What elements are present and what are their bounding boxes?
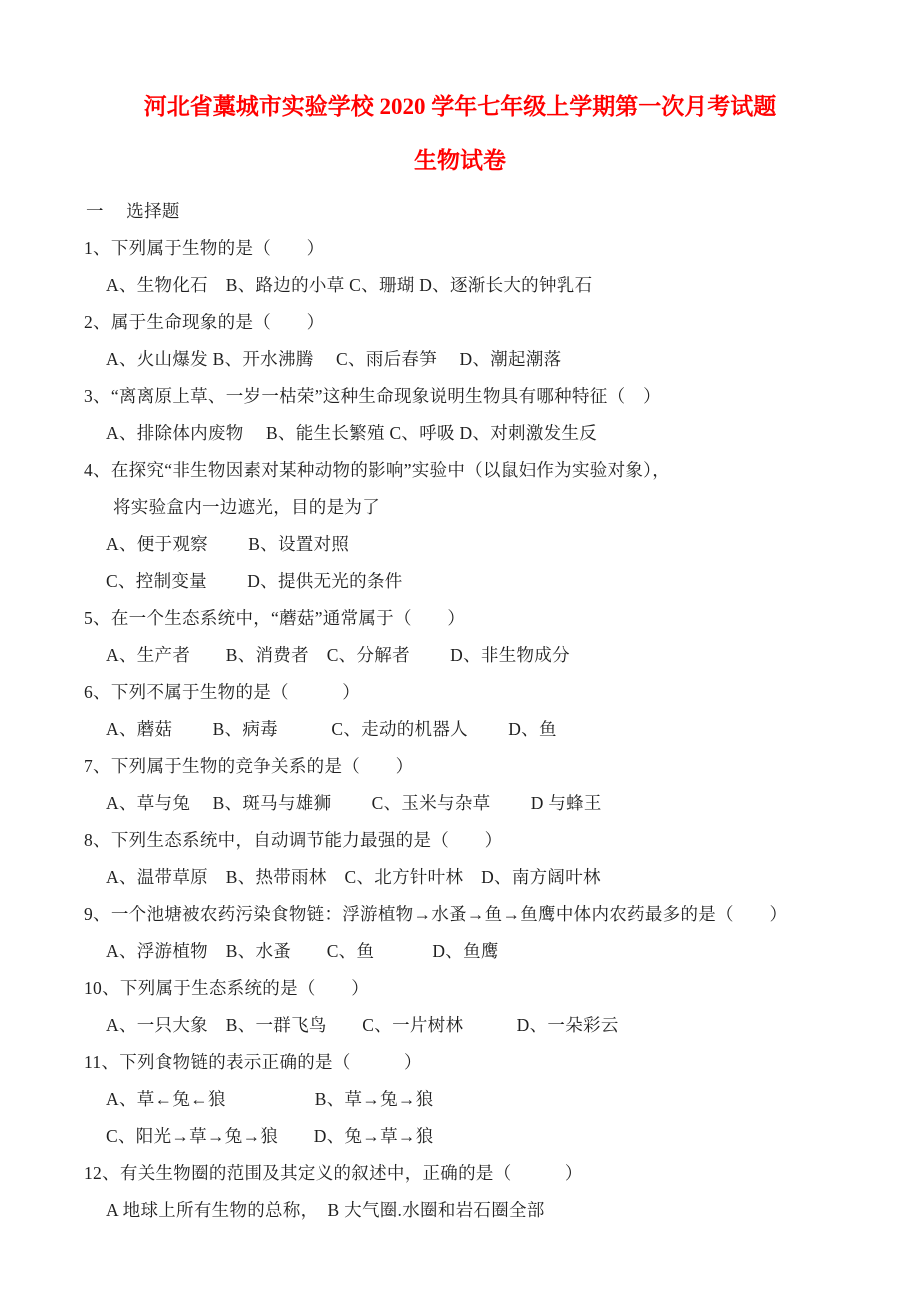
question-7-options: A、草与兔 B、斑马与雄狮 C、玉米与杂草 D 与蜂王 xyxy=(0,784,920,821)
question-11-options-cd: C、阳光→草→兔→狼 D、兔→草→狼 xyxy=(0,1117,920,1154)
question-10-options: A、一只大象 B、一群飞鸟 C、一片树林 D、一朵彩云 xyxy=(0,1006,920,1043)
exam-title: 河北省藁城市实验学校 2020 学年七年级上学期第一次月考试题 xyxy=(0,0,920,122)
question-4-continuation: 将实验盒内一边遮光，目的是为了 xyxy=(0,488,920,525)
question-11: 11、下列食物链的表示正确的是（ ） xyxy=(0,1043,920,1080)
question-3-options: A、排除体内废物 B、能生长繁殖 C、呼吸 D、对刺激发生反 xyxy=(0,414,920,451)
question-12: 12、有关生物圈的范围及其定义的叙述中，正确的是（ ） xyxy=(0,1154,920,1191)
exam-subtitle: 生物试卷 xyxy=(0,146,920,176)
question-9: 9、一个池塘被农药污染食物链：浮游植物→水蚤→鱼→鱼鹰中体内农药最多的是（ ） xyxy=(0,895,920,932)
question-5: 5、在一个生态系统中，“蘑菇”通常属于（ ） xyxy=(0,599,920,636)
question-5-options: A、生产者 B、消费者 C、分解者 D、非生物成分 xyxy=(0,636,920,673)
question-4: 4、在探究“非生物因素对某种动物的影响”实验中（以鼠妇作为实验对象）， xyxy=(0,451,920,488)
question-1: 1、下列属于生物的是（ ） xyxy=(0,229,920,266)
question-8: 8、下列生态系统中，自动调节能力最强的是（ ） xyxy=(0,821,920,858)
question-8-options: A、温带草原 B、热带雨林 C、北方针叶林 D、南方阔叶林 xyxy=(0,858,920,895)
question-6: 6、下列不属于生物的是（ ） xyxy=(0,673,920,710)
question-2-options: A、火山爆发 B、开水沸腾 C、雨后春笋 D、潮起潮落 xyxy=(0,340,920,377)
question-11-options-ab: A、草←兔←狼 B、草→兔→狼 xyxy=(0,1080,920,1117)
question-4-options-ab: A、便于观察 B、设置对照 xyxy=(0,525,920,562)
question-1-options: A、生物化石 B、路边的小草 C、珊瑚 D、逐渐长大的钟乳石 xyxy=(0,266,920,303)
exam-body: 一 选择题 1、下列属于生物的是（ ） A、生物化石 B、路边的小草 C、珊瑚 … xyxy=(0,192,920,1228)
question-7: 7、下列属于生物的竞争关系的是（ ） xyxy=(0,747,920,784)
question-3: 3、“离离原上草、一岁一枯荣”这种生命现象说明生物具有哪种特征（ ） xyxy=(0,377,920,414)
section-heading-choice-questions: 一 选择题 xyxy=(0,192,920,229)
question-12-options-ab: A 地球上所有生物的总称， B 大气圈.水圈和岩石圈全部 xyxy=(0,1191,920,1228)
exam-document-page: 河北省藁城市实验学校 2020 学年七年级上学期第一次月考试题 生物试卷 一 选… xyxy=(0,0,920,1302)
question-6-options: A、蘑菇 B、病毒 C、走动的机器人 D、鱼 xyxy=(0,710,920,747)
question-4-options-cd: C、控制变量 D、提供无光的条件 xyxy=(0,562,920,599)
question-9-options: A、浮游植物 B、水蚤 C、鱼 D、鱼鹰 xyxy=(0,932,920,969)
question-2: 2、属于生命现象的是（ ） xyxy=(0,303,920,340)
question-10: 10、下列属于生态系统的是（ ） xyxy=(0,969,920,1006)
